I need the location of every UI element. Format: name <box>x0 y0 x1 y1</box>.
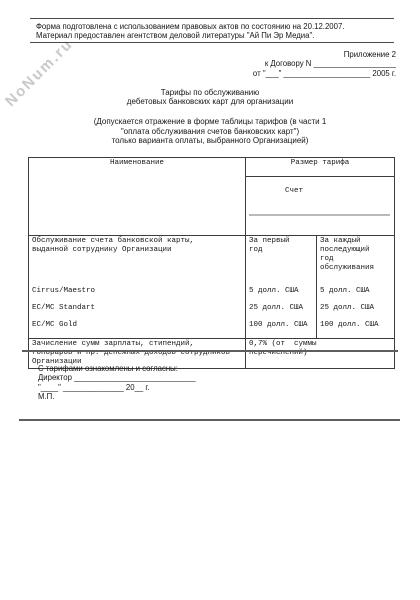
agreement-line: С тарифами ознакомлены и согласны: <box>38 364 196 373</box>
row-gold-first-year: 100 долл. США <box>246 320 317 339</box>
tariff-table: Наименование Размер тарифа Счет Обслужив… <box>28 157 395 369</box>
row-card-service-first-year: За первый год <box>246 236 317 286</box>
document-page: NoNum.ru Форма подготовлена с использова… <box>0 0 420 600</box>
table-row: EC/MC Gold 100 долл. США 100 долл. США <box>29 320 395 339</box>
account-label: Счет <box>285 187 303 195</box>
table-header-row: Наименование Размер тарифа <box>29 158 395 177</box>
row-gold-following-years: 100 долл. США <box>317 320 395 339</box>
appendix-contract-line: к Договору N ___________________ <box>253 59 396 68</box>
appendix-block: Приложение 2 к Договору N ______________… <box>253 50 396 78</box>
table-row: EC/MC Standart 25 долл. США 25 долл. США <box>29 303 395 320</box>
row-card-service-name: Обслуживание счета банковской карты, выд… <box>29 236 246 286</box>
row-cirrus-first-year: 5 долл. США <box>246 286 317 303</box>
document-title-line1: Тарифы по обслуживанию <box>0 88 420 97</box>
document-subtitle-line2: "оплата обслуживания счетов банковских к… <box>0 127 420 137</box>
preparation-note-line1: Форма подготовлена с использованием прав… <box>36 22 394 31</box>
preparation-note-line2: Материал предоставлен агентством деловой… <box>36 31 394 40</box>
appendix-date-line: от "___" ____________________ 2005 г. <box>253 69 396 78</box>
table-end-rule <box>22 350 398 352</box>
signature-block: С тарифами ознакомлены и согласны: Дирек… <box>38 364 196 402</box>
row-salary-credit-tariff: 0,7% (от суммы перечислений) <box>246 339 395 369</box>
document-subtitle-line3: только варианта оплаты, выбранного Орган… <box>0 136 420 146</box>
director-signature-line: Директор ____________________________ <box>38 373 196 382</box>
header-cell-name: Наименование <box>29 158 246 236</box>
row-standart-name: EC/MC Standart <box>29 303 246 320</box>
document-subtitle: (Допускается отражение в форме таблицы т… <box>0 117 420 146</box>
row-standart-first-year: 25 долл. США <box>246 303 317 320</box>
seal-placeholder: М.П. <box>38 392 196 401</box>
signature-date-line: "____" ______________ 20__ г. <box>38 383 196 392</box>
appendix-number: Приложение 2 <box>253 50 396 59</box>
page-end-rule <box>19 419 400 421</box>
table-row: Обслуживание счета банковской карты, выд… <box>29 236 395 286</box>
document-subtitle-line1: (Допускается отражение в форме таблицы т… <box>0 117 420 127</box>
document-title-line2: дебетовых банковских карт для организаци… <box>0 97 420 106</box>
header-cell-tariff: Размер тарифа <box>246 158 395 177</box>
row-cirrus-following-years: 5 долл. США <box>317 286 395 303</box>
row-cirrus-name: Cirrus/Maestro <box>29 286 246 303</box>
row-card-service-following-years: За каждый последующий год обслуживания <box>317 236 395 286</box>
row-gold-name: EC/MC Gold <box>29 320 246 339</box>
account-number-blank <box>249 214 390 216</box>
preparation-note-box: Форма подготовлена с использованием прав… <box>30 18 394 43</box>
account-cell: Счет <box>246 177 395 236</box>
table-row: Cirrus/Maestro 5 долл. США 5 долл. США <box>29 286 395 303</box>
row-standart-following-years: 25 долл. США <box>317 303 395 320</box>
document-title: Тарифы по обслуживанию дебетовых банковс… <box>0 88 420 106</box>
